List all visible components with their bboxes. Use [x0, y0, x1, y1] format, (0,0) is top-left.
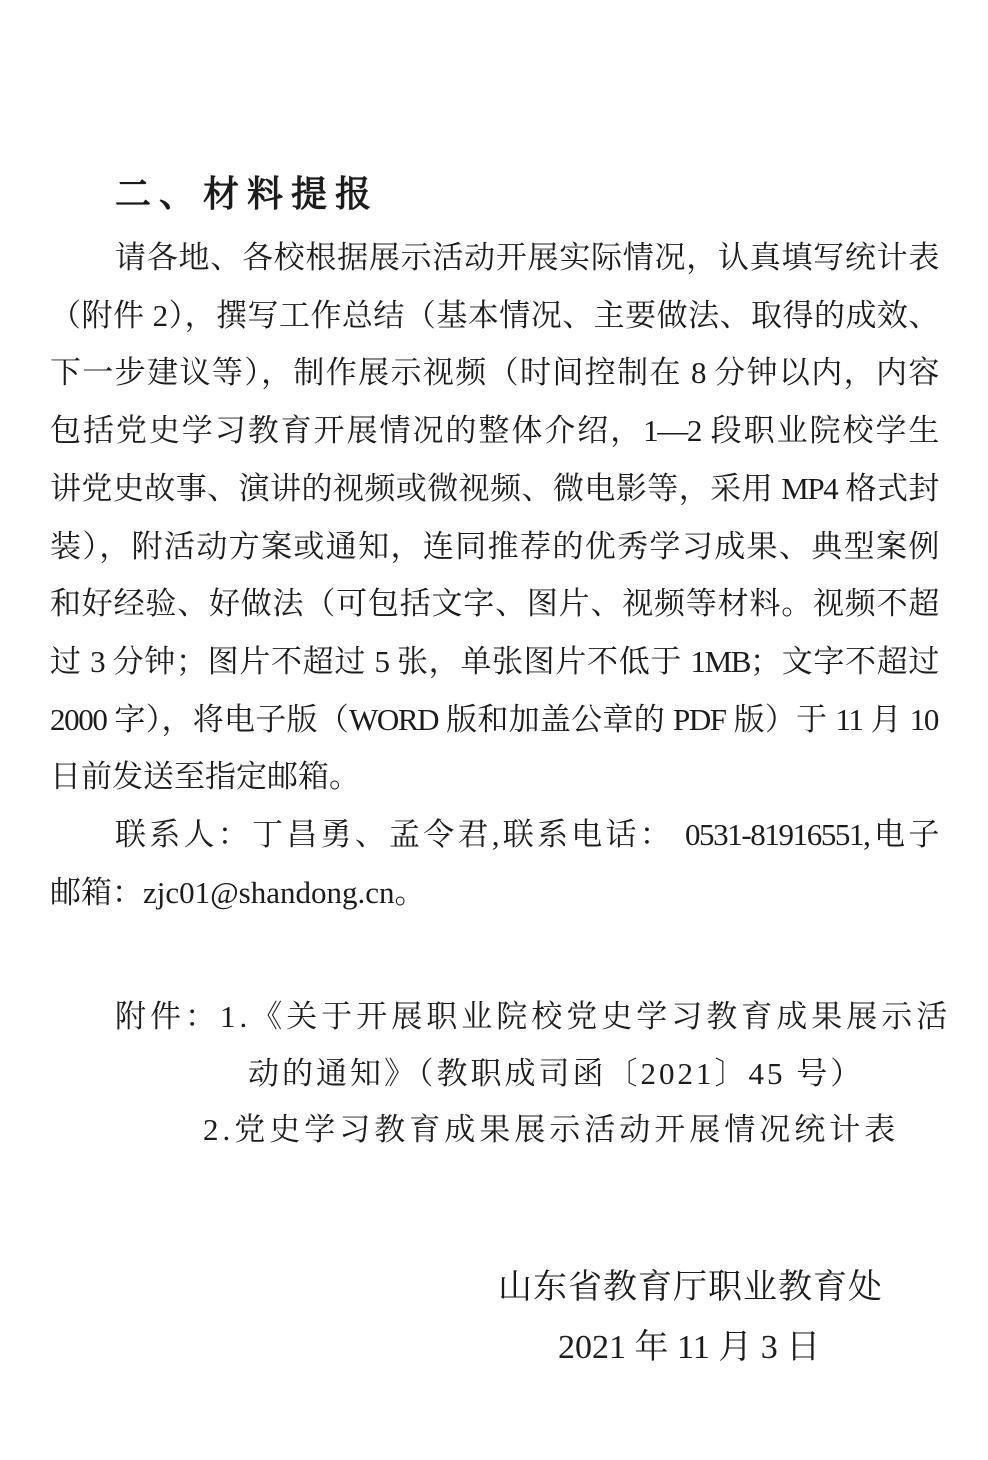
section-heading: 二、材料提报 [115, 172, 379, 216]
attachments-block: 附件：1.《关于开展职业院校党史学习教育成果展示活 动的通知》（教职成司函〔20… [50, 989, 960, 1159]
body-line: 讲党史故事、演讲的视频或微视频、微电影等，采用 MP4 格式封 [50, 460, 938, 518]
attachment-line-3: 2.党史学习教育成果展示活动开展情况统计表 [203, 1102, 960, 1159]
signature-organization: 山东省教育厅职业教育处 [498, 1266, 883, 1310]
body-line: 日前发送至指定邮箱。 [50, 748, 938, 806]
body-text-block: 请各地、各校根据展示活动开展实际情况，认真填写统计表 （附件 2），撰写工作总结… [50, 229, 938, 921]
body-line: 包括党史学习教育开展情况的整体介绍，1—2 段职业院校学生 [50, 402, 938, 460]
body-line: 2000 字），将电子版（WORD 版和加盖公章的 PDF 版）于 11 月 1… [50, 691, 938, 749]
body-line: 装），附活动方案或通知，连同推荐的优秀学习成果、典型案例 [50, 518, 938, 576]
attachment-line-2: 动的通知》（教职成司函〔2021〕45 号） [248, 1046, 960, 1103]
attachment-line-1: 附件：1.《关于开展职业院校党史学习教育成果展示活 [115, 989, 960, 1046]
body-line: （附件 2），撰写工作总结（基本情况、主要做法、取得的成效、 [50, 287, 938, 345]
document-page: 二、材料提报 请各地、各校根据展示活动开展实际情况，认真填写统计表 （附件 2）… [0, 0, 988, 1460]
signature-date: 2021 年 11 月 3 日 [558, 1326, 820, 1370]
body-line: 请各地、各校根据展示活动开展实际情况，认真填写统计表 [50, 229, 938, 287]
body-line: 邮箱：zjc01@shandong.cn。 [50, 864, 938, 922]
body-line: 过 3 分钟；图片不超过 5 张，单张图片不低于 1MB；文字不超过 [50, 633, 938, 691]
body-line: 和好经验、好做法（可包括文字、图片、视频等材料。视频不超 [50, 575, 938, 633]
body-line: 联系人：丁昌勇、孟令君,联系电话： 0531-81916551,电子 [50, 806, 938, 864]
body-line: 下一步建议等），制作展示视频（时间控制在 8 分钟以内，内容 [50, 344, 938, 402]
